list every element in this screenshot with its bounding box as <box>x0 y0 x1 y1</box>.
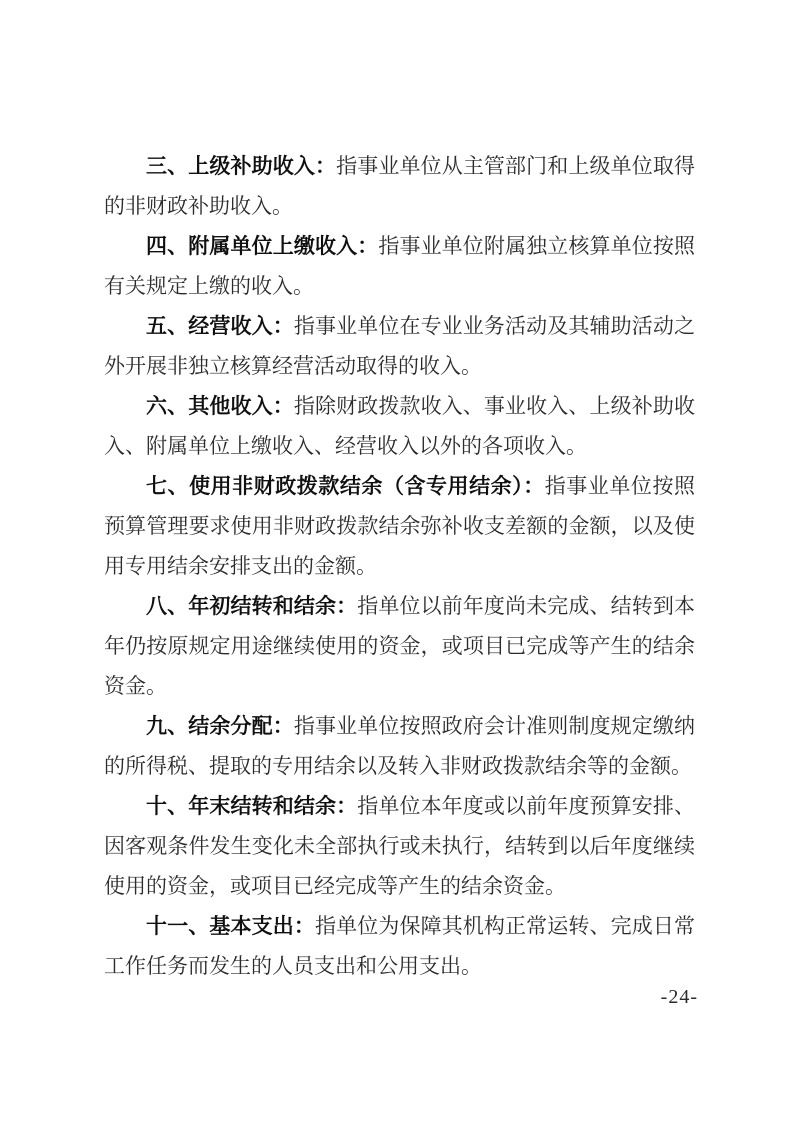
definition-paragraph: 八、年初结转和结余：指单位以前年度尚未完成、结转到本年仍按原规定用途继续使用的资… <box>104 586 695 706</box>
term-label: 四、附属单位上缴收入： <box>146 234 378 258</box>
term-label: 八、年初结转和结余： <box>146 594 357 618</box>
definition-paragraph: 五、经营收入：指事业单位在专业业务活动及其辅助活动之外开展非独立核算经营活动取得… <box>104 306 695 386</box>
term-label: 十一、基本支出： <box>146 914 315 938</box>
definition-paragraph: 九、结余分配：指事业单位按照政府会计准则制度规定缴纳的所得税、提取的专用结余以及… <box>104 706 695 786</box>
definition-paragraph: 十一、基本支出：指单位为保障其机构正常运转、完成日常工作任务而发生的人员支出和公… <box>104 906 695 986</box>
document-body: 三、上级补助收入：指事业单位从主管部门和上级单位取得的非财政补助收入。 四、附属… <box>104 146 695 986</box>
definition-paragraph: 四、附属单位上缴收入：指事业单位附属独立核算单位按照有关规定上缴的收入。 <box>104 226 695 306</box>
term-label: 三、上级补助收入： <box>146 154 336 178</box>
definition-paragraph: 六、其他收入：指除财政拨款收入、事业收入、上级补助收入、附属单位上缴收入、经营收… <box>104 386 695 466</box>
term-label: 九、结余分配： <box>146 714 294 738</box>
definition-paragraph: 三、上级补助收入：指事业单位从主管部门和上级单位取得的非财政补助收入。 <box>104 146 695 226</box>
definition-paragraph: 十、年末结转和结余：指单位本年度或以前年度预算安排、因客观条件发生变化未全部执行… <box>104 786 695 906</box>
term-label: 七、使用非财政拨款结余（含专用结余）： <box>146 474 545 498</box>
term-label: 十、年末结转和结余： <box>146 794 357 818</box>
term-label: 六、其他收入： <box>146 394 294 418</box>
document-page: 三、上级补助收入：指事业单位从主管部门和上级单位取得的非财政补助收入。 四、附属… <box>0 0 793 1122</box>
page-number: -24- <box>661 986 698 1008</box>
definition-paragraph: 七、使用非财政拨款结余（含专用结余）：指事业单位按照预算管理要求使用非财政拨款结… <box>104 466 695 586</box>
term-label: 五、经营收入： <box>146 314 294 338</box>
